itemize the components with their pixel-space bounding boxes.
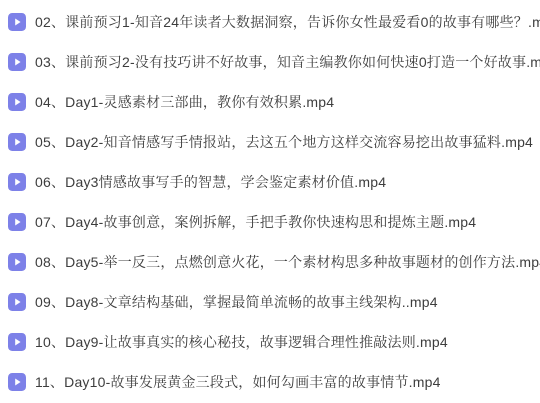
- video-play-icon: [8, 213, 26, 231]
- video-play-icon: [8, 293, 26, 311]
- file-list: 02、课前预习1-知音24年读者大数据洞察，告诉你女性最爱看0的故事有哪些？.m…: [0, 0, 540, 402]
- list-item[interactable]: 04、Day1-灵感素材三部曲，教你有效积累.mp4: [0, 82, 540, 122]
- list-item[interactable]: 11、Day10-故事发展黄金三段式，如何勾画丰富的故事情节.mp4: [0, 362, 540, 402]
- file-name: 02、课前预习1-知音24年读者大数据洞察，告诉你女性最爱看0的故事有哪些？.m…: [35, 12, 540, 32]
- video-play-icon: [8, 53, 26, 71]
- list-item[interactable]: 02、课前预习1-知音24年读者大数据洞察，告诉你女性最爱看0的故事有哪些？.m…: [0, 2, 540, 42]
- file-name: 06、Day3情感故事写手的智慧，学会鉴定素材价值.mp4: [35, 172, 386, 192]
- video-play-icon: [8, 13, 26, 31]
- file-name: 05、Day2-知音情感写手情报站，去这五个地方这样交流容易挖出故事猛料.mp4: [35, 132, 533, 152]
- file-name: 03、课前预习2-没有技巧讲不好故事，知音主编教你如何快速0打造一个好故事.mp…: [35, 52, 540, 72]
- list-item[interactable]: 09、Day8-文章结构基础，掌握最简单流畅的故事主线架构..mp4: [0, 282, 540, 322]
- video-play-icon: [8, 133, 26, 151]
- video-play-icon: [8, 333, 26, 351]
- video-play-icon: [8, 93, 26, 111]
- file-name: 08、Day5-举一反三，点燃创意火花，一个素材构思多种故事题材的创作方法.mp…: [35, 252, 540, 272]
- file-name: 04、Day1-灵感素材三部曲，教你有效积累.mp4: [35, 92, 334, 112]
- video-play-icon: [8, 373, 26, 391]
- list-item[interactable]: 07、Day4-故事创意，案例拆解，手把手教你快速构思和提炼主题.mp4: [0, 202, 540, 242]
- file-name: 10、Day9-让故事真实的核心秘技，故事逻辑合理性推敲法则.mp4: [35, 332, 448, 352]
- list-item[interactable]: 05、Day2-知音情感写手情报站，去这五个地方这样交流容易挖出故事猛料.mp4: [0, 122, 540, 162]
- list-item[interactable]: 08、Day5-举一反三，点燃创意火花，一个素材构思多种故事题材的创作方法.mp…: [0, 242, 540, 282]
- video-play-icon: [8, 173, 26, 191]
- list-item[interactable]: 10、Day9-让故事真实的核心秘技，故事逻辑合理性推敲法则.mp4: [0, 322, 540, 362]
- list-item[interactable]: 06、Day3情感故事写手的智慧，学会鉴定素材价值.mp4: [0, 162, 540, 202]
- list-item[interactable]: 03、课前预习2-没有技巧讲不好故事，知音主编教你如何快速0打造一个好故事.mp…: [0, 42, 540, 82]
- file-name: 07、Day4-故事创意，案例拆解，手把手教你快速构思和提炼主题.mp4: [35, 212, 476, 232]
- video-play-icon: [8, 253, 26, 271]
- file-name: 11、Day10-故事发展黄金三段式，如何勾画丰富的故事情节.mp4: [35, 372, 441, 392]
- file-name: 09、Day8-文章结构基础，掌握最简单流畅的故事主线架构..mp4: [35, 292, 438, 312]
